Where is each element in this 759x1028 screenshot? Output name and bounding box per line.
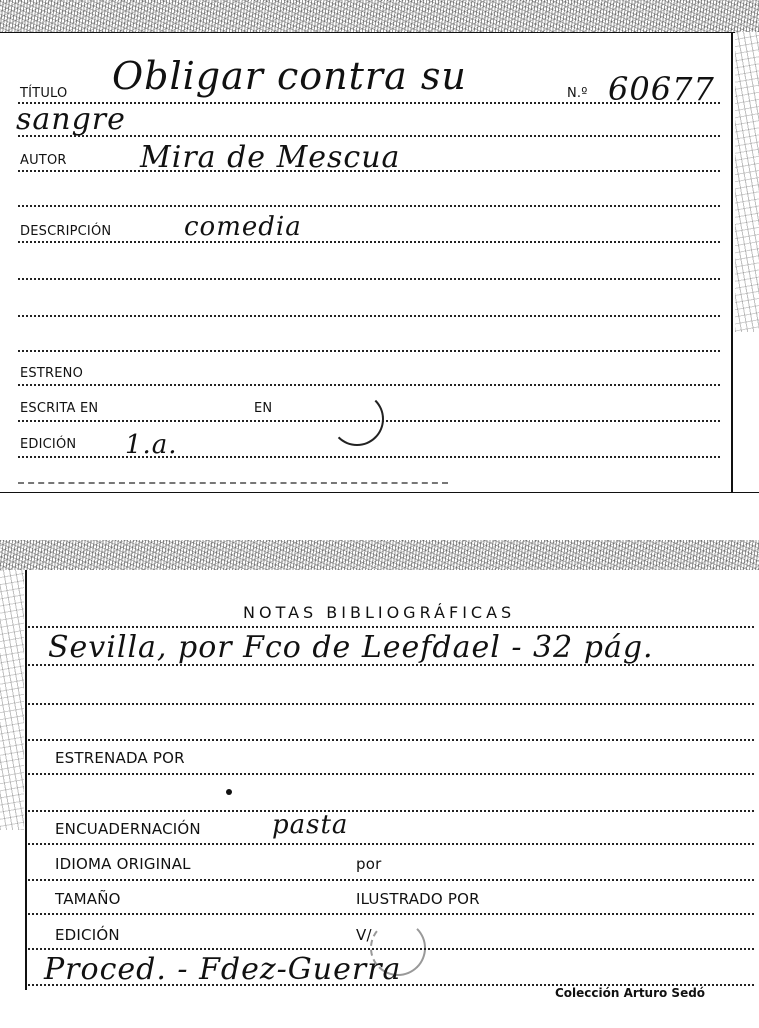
card-back-left-edge-texture (0, 570, 24, 830)
descripcion-value: comedia (184, 212, 302, 242)
ink-dot (226, 789, 232, 795)
idioma-original-label: IDIOMA ORIGINAL (55, 855, 191, 873)
en-label: EN (254, 401, 272, 416)
estrenada-por-line-2 (28, 810, 754, 812)
card-back-top-edge-texture (0, 540, 759, 570)
descripcion-line-4 (18, 350, 720, 352)
escrita-en-label: ESCRITA EN (20, 401, 98, 416)
edicion-back-line (28, 948, 754, 950)
stamp-mark (330, 392, 384, 446)
autor-line (18, 170, 720, 172)
descripcion-line (18, 241, 720, 243)
collection-credit: Colección Arturo Sedó (555, 986, 705, 1000)
autor-line-2 (18, 205, 720, 207)
idioma-original-line (28, 879, 754, 881)
numero-label: N.º (567, 86, 588, 101)
card-right-border (731, 32, 733, 492)
v-label: V/ (356, 926, 372, 944)
titulo-label: TÍTULO (20, 86, 67, 101)
procedencia-value: Proced. - Fdez-Guerra (44, 952, 401, 987)
descripcion-line-2 (18, 278, 720, 280)
titulo-value-line2: sangre (16, 102, 126, 137)
notas-line-1 (28, 626, 754, 628)
descripcion-line-3 (18, 315, 720, 317)
card-back-left-border (25, 570, 27, 990)
notas-heading: NOTAS BIBLIOGRÁFICAS (243, 603, 515, 622)
estreno-line (18, 384, 720, 386)
encuadernacion-line (28, 843, 754, 845)
titulo-value-line1: Obligar contra su (112, 54, 467, 98)
estrenada-por-line (28, 773, 754, 775)
estrenada-por-label: ESTRENADA POR (55, 749, 185, 767)
notas-line-3 (28, 703, 754, 705)
encuadernacion-value: pasta (272, 810, 348, 840)
estreno-label: ESTRENO (20, 366, 83, 381)
notas-line-4 (28, 739, 754, 741)
card-right-edge-texture (735, 32, 759, 332)
notas-value: Sevilla, por Fco de Leefdael - 32 pág. (48, 630, 654, 665)
faint-line (18, 482, 448, 484)
edicion-line (18, 456, 720, 458)
tamano-line (28, 913, 754, 915)
tamano-label: TAMAÑO (55, 890, 121, 908)
edicion-back-label: EDICIÓN (55, 926, 120, 944)
card-top-border (0, 32, 735, 33)
ilustrado-por-label: ILUSTRADO POR (356, 890, 480, 908)
edicion-label: EDICIÓN (20, 437, 76, 452)
titulo-line-2 (18, 135, 720, 137)
por-label: por (356, 855, 381, 873)
descripcion-label: DESCRIPCIÓN (20, 224, 111, 239)
encuadernacion-label: ENCUADERNACIÓN (55, 820, 201, 838)
notas-line-2 (28, 664, 754, 666)
card-top-edge-texture (0, 0, 759, 32)
autor-label: AUTOR (20, 153, 67, 168)
card-front-bottom-border (0, 492, 759, 493)
